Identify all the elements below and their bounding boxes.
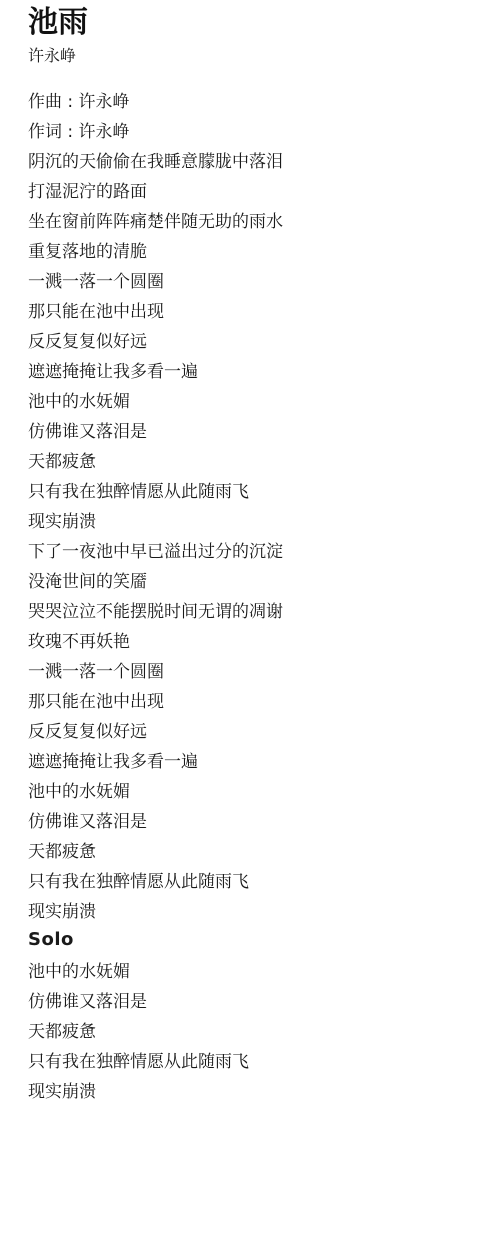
lyric-line: 反反复复似好远: [28, 714, 480, 744]
lyric-line: 遮遮掩掩让我多看一遍: [28, 354, 480, 384]
solo-label: Solo: [28, 924, 480, 954]
lyrics-page: 池雨 许永峥 作曲 : 许永峥作词 : 许永峥阴沉的天偷偷在我睡意朦胧中落泪打湿…: [0, 0, 500, 1240]
lyric-line: 一溅一落一个圆圈: [28, 264, 480, 294]
lyric-line: 坐在窗前阵阵痛楚伴随无助的雨水: [28, 204, 480, 234]
credit-line: 作曲 : 许永峥: [28, 84, 480, 114]
lyric-line: 池中的水妩媚: [28, 954, 480, 984]
lyric-line: 天都疲惫: [28, 1014, 480, 1044]
lyric-line: 遮遮掩掩让我多看一遍: [28, 744, 480, 774]
lyric-line: 只有我在独醉情愿从此随雨飞: [28, 474, 480, 504]
lyric-line: 仿佛谁又落泪是: [28, 804, 480, 834]
lyric-line: 现实崩溃: [28, 894, 480, 924]
lyrics-block: 作曲 : 许永峥作词 : 许永峥阴沉的天偷偷在我睡意朦胧中落泪打湿泥泞的路面坐在…: [28, 84, 480, 1104]
lyric-line: 重复落地的清脆: [28, 234, 480, 264]
lyric-line: 哭哭泣泣不能摆脱时间无谓的凋谢: [28, 594, 480, 624]
lyric-line: 阴沉的天偷偷在我睡意朦胧中落泪: [28, 144, 480, 174]
lyric-line: 没淹世间的笑靥: [28, 564, 480, 594]
lyric-line: 打湿泥泞的路面: [28, 174, 480, 204]
lyric-line: 玫瑰不再妖艳: [28, 624, 480, 654]
lyric-line: 现实崩溃: [28, 504, 480, 534]
lyric-line: 天都疲惫: [28, 444, 480, 474]
lyric-line: 仿佛谁又落泪是: [28, 414, 480, 444]
lyric-line: 下了一夜池中早已溢出过分的沉淀: [28, 534, 480, 564]
lyric-line: 只有我在独醉情愿从此随雨飞: [28, 864, 480, 894]
lyric-line: 池中的水妩媚: [28, 384, 480, 414]
lyric-line: 那只能在池中出现: [28, 684, 480, 714]
lyric-line: 池中的水妩媚: [28, 774, 480, 804]
page-title: 池雨: [28, 4, 480, 42]
lyric-line: 现实崩溃: [28, 1074, 480, 1104]
lyric-line: 反反复复似好远: [28, 324, 480, 354]
lyric-line: 仿佛谁又落泪是: [28, 984, 480, 1014]
lyric-line: 天都疲惫: [28, 834, 480, 864]
artist-name: 许永峥: [28, 46, 480, 66]
lyric-line: 那只能在池中出现: [28, 294, 480, 324]
lyric-line: 一溅一落一个圆圈: [28, 654, 480, 684]
credit-line: 作词 : 许永峥: [28, 114, 480, 144]
lyric-line: 只有我在独醉情愿从此随雨飞: [28, 1044, 480, 1074]
